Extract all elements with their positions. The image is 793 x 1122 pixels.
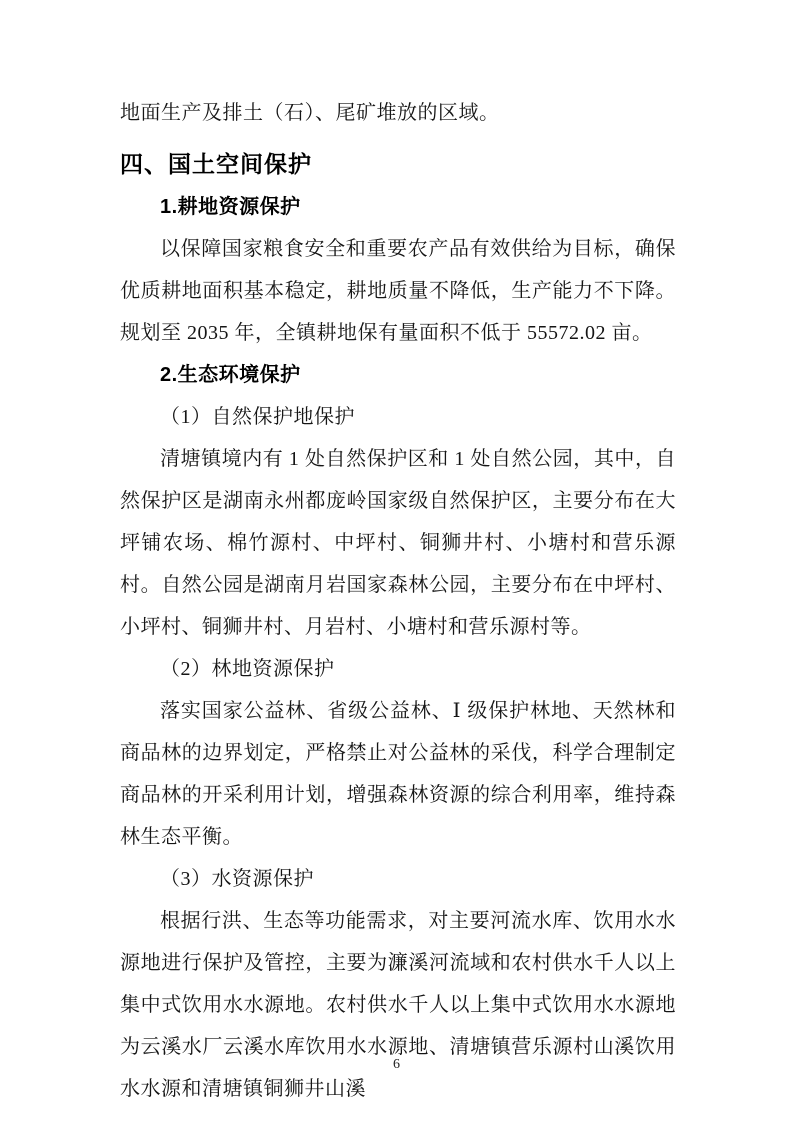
subsection-title-nature-reserves: （1）自然保护地保护	[120, 396, 676, 438]
paragraph-cultivated-land: 以保障国家粮食安全和重要农产品有效供给为目标，确保优质耕地面积基本稳定，耕地质量…	[120, 228, 676, 354]
document-page: 地面生产及排土（石）、尾矿堆放的区域。 四、国土空间保护 1.耕地资源保护 以保…	[0, 0, 793, 1122]
section-title-cultivated-land: 1.耕地资源保护	[120, 186, 676, 228]
subsection-title-water-resources: （3）水资源保护	[120, 858, 676, 900]
paragraph-forest-resources: 落实国家公益林、省级公益林、Ⅰ 级保护林地、天然林和商品林的边界划定，严格禁止对…	[120, 690, 676, 858]
chapter-heading: 四、国土空间保护	[120, 142, 676, 186]
paragraph-water-resources: 根据行洪、生态等功能需求，对主要河流水库、饮用水水源地进行保护及管控，主要为濂溪…	[120, 900, 676, 1110]
section-title-ecological-environment: 2.生态环境保护	[120, 354, 676, 396]
subsection-title-forest-resources: （2）林地资源保护	[120, 648, 676, 690]
page-footer: 6	[0, 1055, 793, 1074]
paragraph-continuation: 地面生产及排土（石）、尾矿堆放的区域。	[120, 92, 676, 134]
paragraph-nature-reserves: 清塘镇境内有 1 处自然保护区和 1 处自然公园，其中，自然保护区是湖南永州都庞…	[120, 438, 676, 648]
page-number: 6	[393, 1057, 400, 1072]
